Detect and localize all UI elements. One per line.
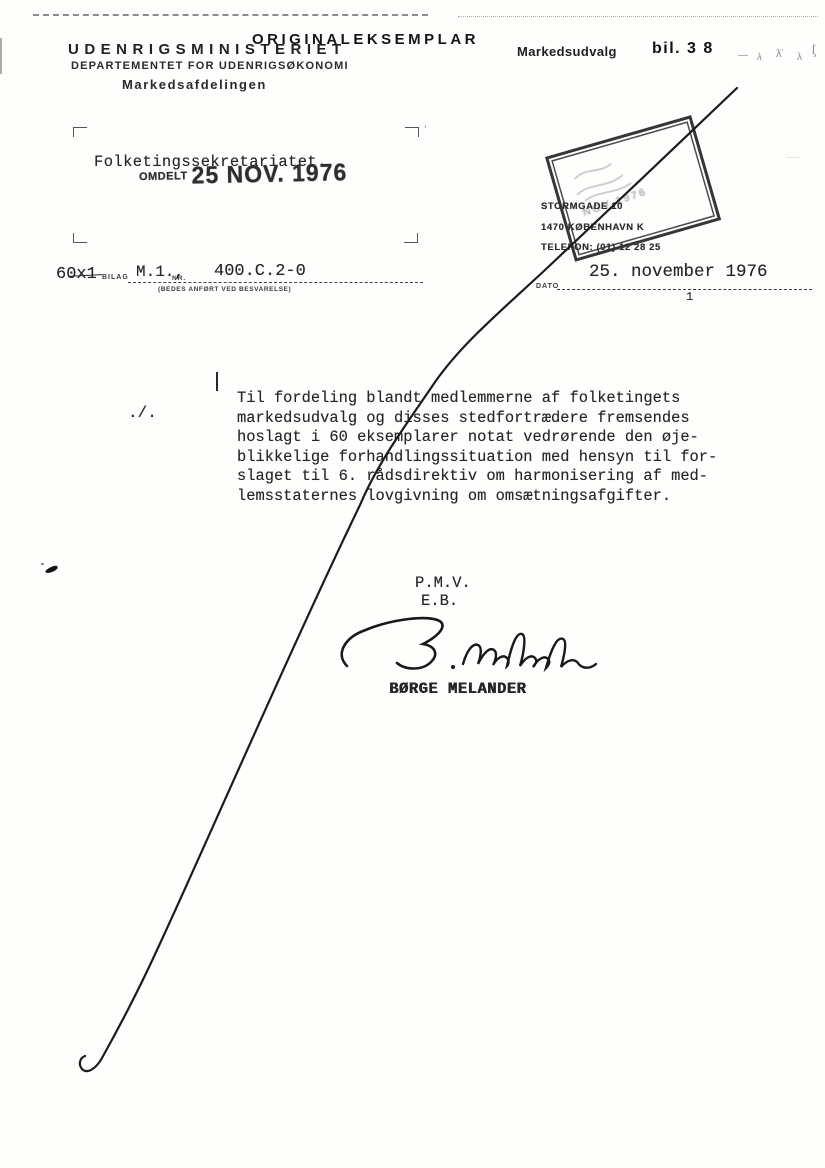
enclosure-mark: ./. <box>128 404 157 422</box>
department-name: DEPARTEMENTET FOR UDENRIGSØKONOMI <box>71 60 349 72</box>
division-name: Markedsafdelingen <box>122 77 267 92</box>
faint-pen-marks: — <box>738 50 748 61</box>
body-line: blikkelige forhandlingssituation med hen… <box>237 448 717 468</box>
scan-artifact-line-right <box>458 16 818 17</box>
body-line: slaget til 6. rådsdirektiv om harmoniser… <box>237 467 717 487</box>
distribution-stamp-date: 25 NOV. 1976 <box>191 158 347 190</box>
address-street: STORMGADE 10 <box>541 201 623 212</box>
date-rule <box>557 289 812 290</box>
faint-tick: ’ <box>424 124 426 136</box>
file-number: 400.C.2-0 <box>214 262 306 281</box>
pen-tick-mark <box>216 372 218 391</box>
ink-smudge <box>45 565 59 575</box>
scan-artifact-line-left <box>33 14 428 16</box>
body-line: lemsstaternes lovgivning om omsætningsaf… <box>237 487 717 507</box>
scanned-letter-page: UDENRIGSMINISTERIET ORIGINALEKSEMPLAR DE… <box>0 0 825 1168</box>
body-line: markedsudvalg og disses stedfortrædere f… <box>237 409 717 429</box>
address-phone: TELEFON: (01) 12 28 25 <box>541 242 661 253</box>
scan-artifact-edge <box>0 38 2 74</box>
eb-line: E.B. <box>421 592 458 610</box>
signature-handwriting <box>337 612 597 687</box>
body-line: Til fordeling blandt medlemmerne af folk… <box>237 389 717 409</box>
distribution-date-stamp: OMDELT25 NOV. 1976 <box>139 159 348 190</box>
faint-pen-mark: λ̈ <box>776 48 782 60</box>
original-copy-stamp: ORIGINALEKSEMPLAR <box>252 31 479 48</box>
nr-label: NR. <box>172 275 186 282</box>
address-bracket-top-left <box>73 127 87 137</box>
faint-pen-mark: λ <box>756 52 762 64</box>
bilag-label: BILAG <box>102 274 129 281</box>
signer-typed-name: BØRGE MELANDER <box>389 680 526 698</box>
letter-date: 25. november 1976 <box>589 262 768 282</box>
body-line: hoslagt i 60 eksemplarer notat vedrørend… <box>237 428 717 448</box>
journal-note: (BEDES ANFØRT VED BESVARELSE) <box>158 286 291 293</box>
distribution-stamp-label: OMDELT <box>139 170 188 183</box>
faint-speck: ⸺ <box>786 152 800 163</box>
date-label: DATO <box>536 283 559 290</box>
committee-label: Markedsudvalg <box>517 44 617 59</box>
ink-speck <box>41 563 44 565</box>
journal-rule <box>128 282 423 283</box>
received-stamp-box: NOV 1976 <box>545 115 721 262</box>
annex-number: bil. 3 8 <box>652 40 714 58</box>
address-city: 1470 KØBENHAVN K <box>541 222 644 233</box>
address-bracket-top-right <box>405 127 419 137</box>
address-bracket-bottom-right <box>404 233 418 243</box>
faint-pen-mark: λ <box>797 52 802 63</box>
body-text: Til fordeling blandt medlemmerne af folk… <box>237 389 717 507</box>
faint-pen-mark: ſ̧ <box>812 42 815 57</box>
pmv-line: P.M.V. <box>415 574 471 592</box>
address-bracket-bottom-left <box>73 233 87 243</box>
page-mark: 1 <box>686 290 693 304</box>
